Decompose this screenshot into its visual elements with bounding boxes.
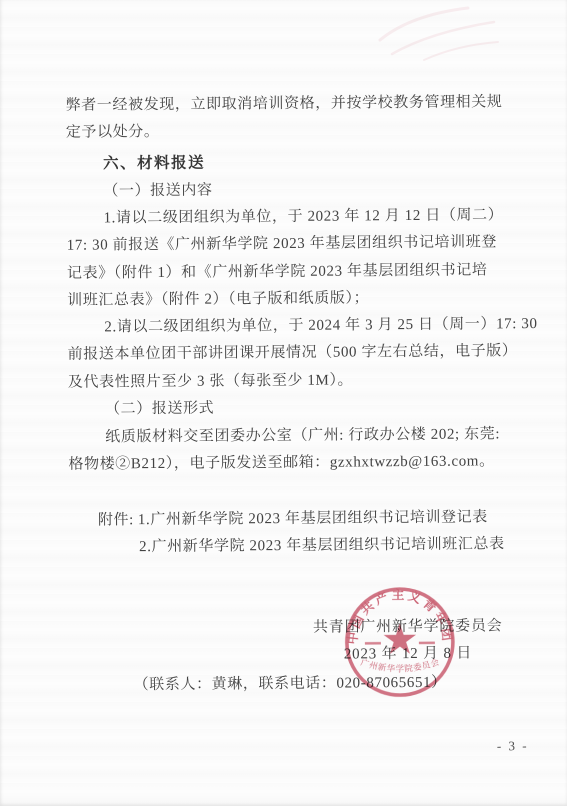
section-heading: 六、材料报送	[66, 147, 506, 178]
text-line: 2.请以二级团组织为单位，于 2024 年 3 月 25 日（周一）17: 30	[67, 311, 507, 342]
text-line: 纸质版材料交至团委办公室（广州: 行政办公楼 202; 东莞:	[68, 421, 508, 452]
text-line: 17: 30 前报送《广州新华学院 2023 年基层团组织书记培训班登	[67, 230, 507, 261]
text-line: 记表》（附件 1）和《广州新华学院 2023 年基层团组织书记培	[67, 257, 507, 288]
stamp-star-icon	[384, 623, 417, 654]
subsection-heading: （二）报送形式	[68, 393, 508, 424]
attachments-list: 附件:1.广州新华学院 2023 年基层团组织书记培训登记表 2.广州新华学院 …	[98, 504, 528, 562]
text-line: 1.请以二级团组织为单位，于 2023 年 12 月 12 日（周二）	[66, 202, 506, 233]
page-number: - 3 -	[481, 738, 545, 755]
section-heading-block: 六、材料报送	[66, 147, 506, 178]
stamp-inner-text: 广州新华学院委员会	[359, 656, 441, 673]
attachment-item: 附件:1.广州新华学院 2023 年基层团组织书记培训登记表	[98, 504, 528, 535]
attachment-1: 1.广州新华学院 2023 年基层团组织书记培训登记表	[138, 509, 488, 528]
text-line: 前报送本单位团干部讲团课开展情况（500 字左右总结，电子版）	[68, 339, 508, 370]
subsection-1-heading-block: （一）报送内容	[66, 175, 506, 206]
attachment-item: 2.广州新华学院 2023 年基层团组织书记培训班汇总表	[98, 531, 528, 562]
intro-paragraph: 弊者一经被发现，立即取消培训资格，并按学校教务管理相关规 定予以处分。	[66, 89, 506, 147]
subsection-2-heading-block: （二）报送形式	[68, 393, 508, 424]
svg-text:广州新华学院委员会: 广州新华学院委员会	[359, 656, 441, 673]
subsection-2-body: 纸质版材料交至团委办公室（广州: 行政办公楼 202; 东莞: 格物楼②B212…	[68, 421, 508, 479]
scanned-document-page: 弊者一经被发现，立即取消培训资格，并按学校教务管理相关规 定予以处分。 六、材料…	[0, 0, 567, 806]
subsection-1-item-2: 2.请以二级团组织为单位，于 2024 年 3 月 25 日（周一）17: 30…	[67, 311, 508, 396]
text-line: 弊者一经被发现，立即取消培训资格，并按学校教务管理相关规	[66, 89, 506, 120]
text-line: 训班汇总表》（附件 2）（电子版和纸质版）；	[67, 284, 507, 315]
attachments-label: 附件:	[98, 512, 134, 528]
document-content: 弊者一经被发现，立即取消培训资格，并按学校教务管理相关规 定予以处分。 六、材料…	[0, 0, 567, 806]
attachment-2: 2.广州新华学院 2023 年基层团组织书记培训班汇总表	[139, 537, 505, 556]
text-line: 及代表性照片至少 3 张（每张至少 1M）。	[68, 366, 508, 397]
official-stamp: 中国共产主义青年团 广州新华学院委员会	[339, 582, 460, 703]
subsection-1-item-1: 1.请以二级团组织为单位，于 2023 年 12 月 12 日（周二） 17: …	[66, 202, 507, 315]
subsection-heading: （一）报送内容	[66, 175, 506, 206]
text-line: 格物楼②B212），电子版发送至邮箱：gzxhxtwzzb@163.com。	[68, 449, 508, 480]
text-line: 定予以处分。	[66, 117, 506, 148]
